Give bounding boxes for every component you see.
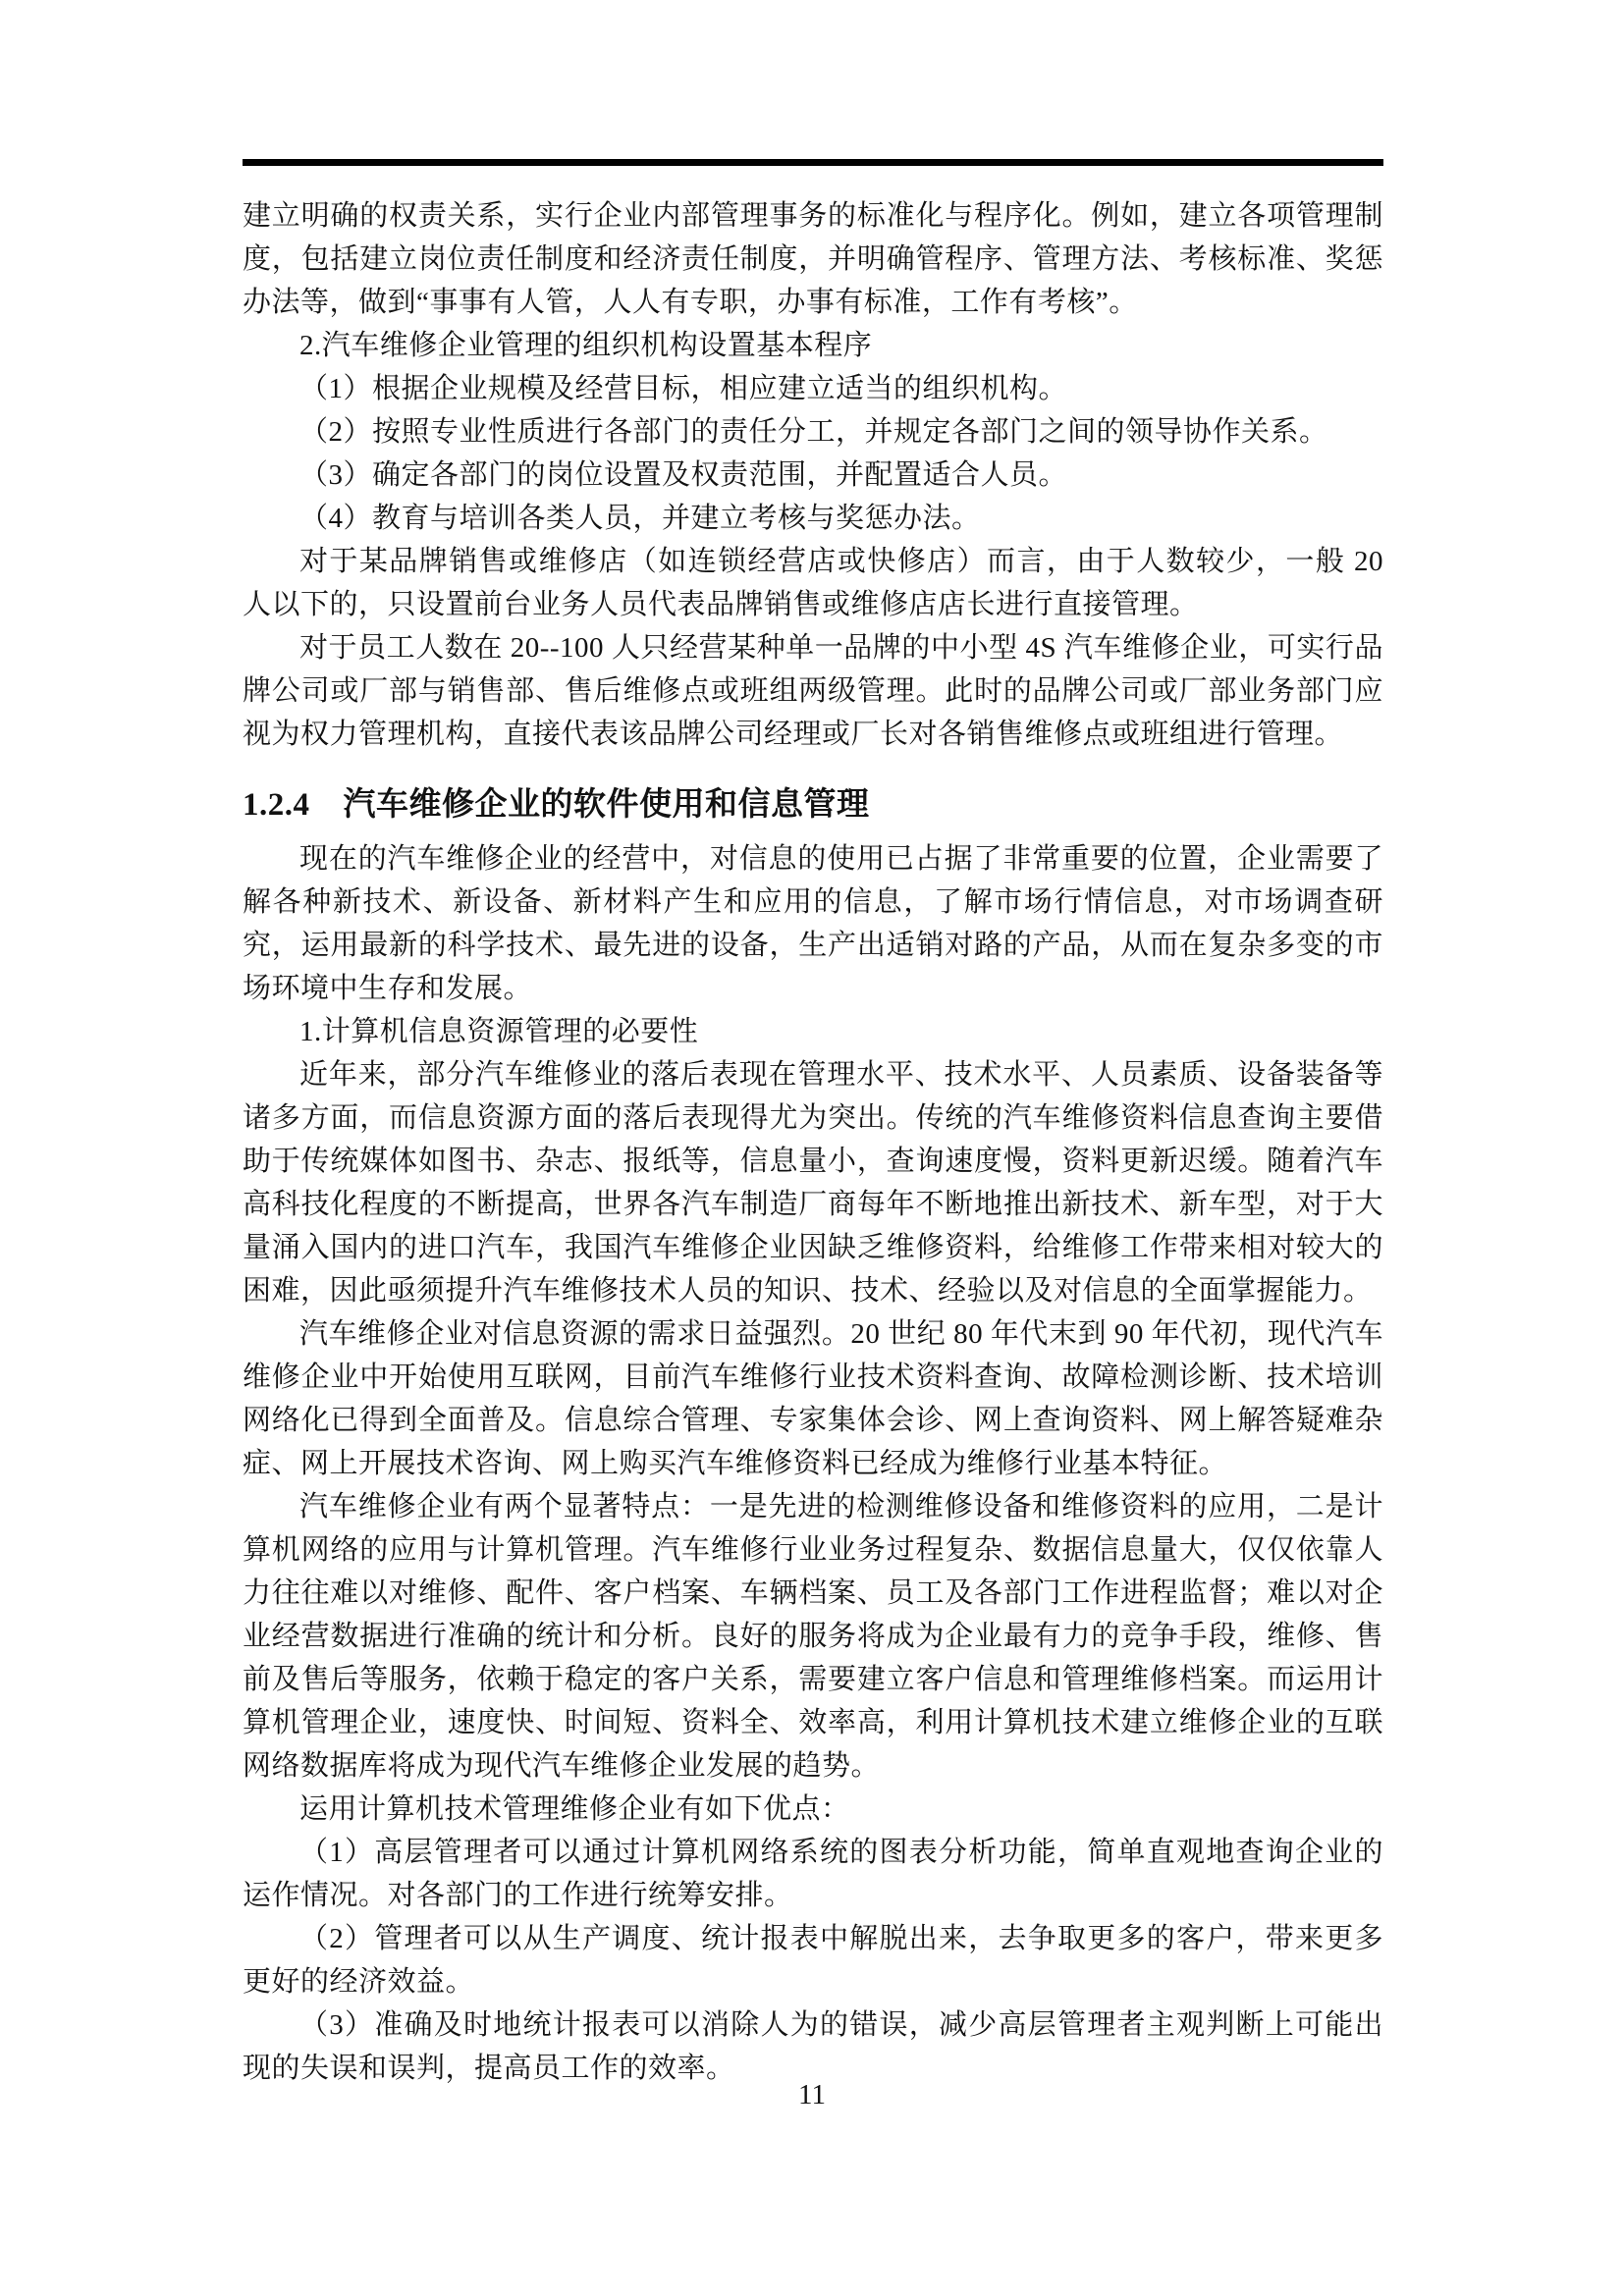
paragraph-internet-demand: 汽车维修企业对信息资源的需求日益强烈。20 世纪 80 年代末到 90 年代初，…	[243, 1312, 1383, 1485]
paragraph-info-importance: 现在的汽车维修企业的经营中，对信息的使用已占据了非常重要的位置，企业需要了解各种…	[243, 837, 1383, 1010]
paragraph-two-features: 汽车维修企业有两个显著特点：一是先进的检测维修设备和维修资料的应用，二是计算机网…	[243, 1485, 1383, 1788]
list-item-2: （2）按照专业性质进行各部门的责任分工，并规定各部门之间的领导协作关系。	[243, 410, 1383, 454]
subsection-title-org-structure: 2.汽车维修企业管理的组织机构设置基本程序	[243, 324, 1383, 367]
page-number: 11	[0, 2073, 1624, 2116]
paragraph-advantages-intro: 运用计算机技术管理维修企业有如下优点：	[243, 1788, 1383, 1831]
paragraph-backwardness: 近年来，部分汽车维修业的落后表现在管理水平、技术水平、人员素质、设备装备等诸多方…	[243, 1053, 1383, 1312]
paragraph-brand-store: 对于某品牌销售或维修店（如连锁经营店或快修店）而言，由于人数较少，一般 20 人…	[243, 540, 1383, 626]
paragraph-4s-enterprise: 对于员工人数在 20--100 人只经营某种单一品牌的中小型 4S 汽车维修企业…	[243, 626, 1383, 756]
paragraph-continued: 建立明确的权责关系，实行企业内部管理事务的标准化与程序化。例如，建立各项管理制度…	[243, 194, 1383, 324]
section-number: 1.2.4	[243, 787, 310, 823]
page-content: 建立明确的权责关系，实行企业内部管理事务的标准化与程序化。例如，建立各项管理制度…	[243, 194, 1383, 2090]
list-item-3: （3）确定各部门的岗位设置及权责范围，并配置适合人员。	[243, 454, 1383, 497]
advantage-item-2: （2）管理者可以从生产调度、统计报表中解脱出来，去争取更多的客户，带来更多更好的…	[243, 1917, 1383, 2003]
header-rule	[243, 159, 1383, 166]
list-item-4: （4）教育与培训各类人员，并建立考核与奖惩办法。	[243, 497, 1383, 540]
subsection-title-necessity: 1.计算机信息资源管理的必要性	[243, 1010, 1383, 1053]
advantage-item-1: （1）高层管理者可以通过计算机网络系统的图表分析功能，简单直观地查询企业的运作情…	[243, 1831, 1383, 1917]
section-title: 汽车维修企业的软件使用和信息管理	[344, 785, 870, 822]
document-page: { "page": { "number": "11" }, "content":…	[0, 0, 1624, 2296]
list-item-1: （1）根据企业规模及经营目标，相应建立适当的组织机构。	[243, 367, 1383, 410]
section-heading: 1.2.4汽车维修企业的软件使用和信息管理	[243, 779, 1383, 829]
